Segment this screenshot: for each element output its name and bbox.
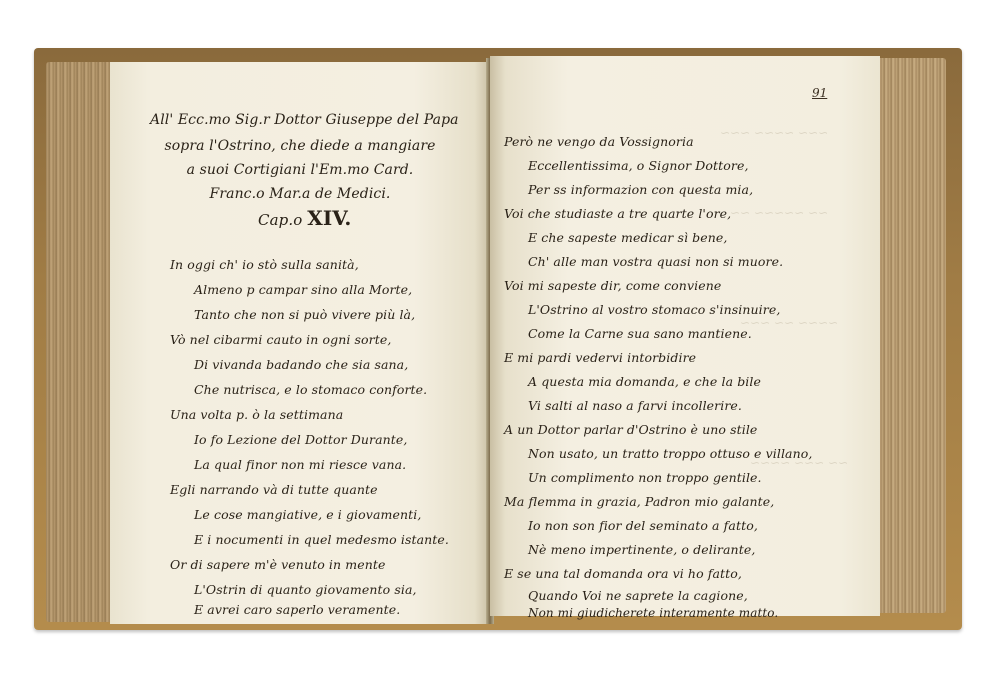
verse-line: Come la Carne sua sano mantiene.: [528, 326, 752, 341]
verse-line: Vò nel cibarmi cauto in ogni sorte,: [170, 332, 391, 347]
bleed-through-text: ~~~~ ~~ ~~~: [740, 316, 838, 330]
verse-line: E mi pardi vedervi intorbidire: [504, 350, 696, 365]
verse-line: L'Ostrin di quanto giovamento sia,: [194, 582, 417, 597]
heading-line: a suoi Cortigiani l'Em.mo Card.: [150, 162, 450, 178]
verse-line: L'Ostrino al vostro stomaco s'insinuire,: [528, 302, 780, 317]
verse-line: In oggi ch' io stò sulla sanità,: [170, 257, 359, 272]
heading-line: All' Ecc.mo Sig.r Dottor Giuseppe del Pa…: [150, 112, 450, 128]
verse-line: Or di sapere m'è venuto in mente: [170, 557, 385, 572]
verse-line: A questa mia domanda, e che la bile: [528, 374, 761, 389]
verse-line: Ma flemma in grazia, Padron mio galante,: [504, 494, 774, 509]
verse-line: Egli narrando và di tutte quante: [170, 482, 378, 497]
verse-line: Ch' alle man vostra quasi non si muore.: [528, 254, 783, 269]
verse-line: Di vivanda badando che sia sana,: [194, 357, 408, 372]
verse-line: A un Dottor parlar d'Ostrino è uno stile: [504, 422, 757, 437]
verse-line: Non mi giudicherete interamente matto.: [528, 606, 778, 620]
verse-line: Almeno p campar sino alla Morte,: [194, 282, 412, 297]
chapter-heading: Cap.o XIV.: [258, 206, 351, 230]
verse-line: Vi salti al naso a farvi incollerire.: [528, 398, 742, 413]
verse-line: Tanto che non si può vivere più là,: [194, 307, 415, 322]
bleed-through-text: ~~ ~~~~~ ~~: [730, 206, 828, 220]
verse-line: Quando Voi ne saprete la cagione,: [528, 588, 748, 603]
heading-line: Franc.o Mar.a de Medici.: [150, 186, 450, 202]
verse-line: Io fo Lezione del Dottor Durante,: [194, 432, 407, 447]
verse-line: Un complimento non troppo gentile.: [528, 470, 762, 485]
verse-line: Le cose mangiative, e i giovamenti,: [194, 507, 421, 522]
verse-line: Io non son fior del seminato a fatto,: [528, 518, 758, 533]
bleed-through-text: ~~~ ~~~~ ~~~: [720, 126, 828, 140]
verse-line: Per ss informazion con questa mia,: [528, 182, 753, 197]
verse-line: E che sapeste medicar sì bene,: [528, 230, 727, 245]
verse-line: Eccellentissima, o Signor Dottore,: [528, 158, 749, 173]
verse-line: Non usato, un tratto troppo ottuso e vil…: [528, 446, 812, 461]
chapter-label: Cap.o: [258, 211, 302, 229]
left-page-edges: [46, 62, 116, 622]
verse-line: Però ne vengo da Vossignoria: [504, 134, 694, 149]
right-page: 91 ~~~ ~~~~ ~~~ ~~ ~~~~~ ~~ ~~~~ ~~ ~~~ …: [490, 56, 880, 616]
verse-line: La qual finor non mi riesce vana.: [194, 457, 406, 472]
chapter-number: XIV.: [307, 206, 351, 230]
open-manuscript-book: All' Ecc.mo Sig.r Dottor Giuseppe del Pa…: [34, 48, 962, 630]
verse-line: E avrei caro saperlo veramente.: [194, 602, 400, 617]
verse-line: Che nutrisca, e lo stomaco conforte.: [194, 382, 427, 397]
right-page-edges: [874, 58, 946, 613]
heading-line: sopra l'Ostrino, che diede a mangiare: [150, 138, 450, 154]
verse-line: E i nocumenti in quel medesmo istante.: [194, 532, 449, 547]
left-page: All' Ecc.mo Sig.r Dottor Giuseppe del Pa…: [110, 62, 490, 624]
verse-line: Voi che studiaste a tre quarte l'ore,: [504, 206, 731, 221]
verse-line: Una volta p. ò la settimana: [170, 407, 343, 422]
verse-line: Voi mi sapeste dir, come conviene: [504, 278, 721, 293]
verse-line: E se una tal domanda ora vi ho fatto,: [504, 566, 742, 581]
verse-line: Nè meno impertinente, o delirante,: [528, 542, 755, 557]
folio-number: 91: [812, 86, 827, 100]
